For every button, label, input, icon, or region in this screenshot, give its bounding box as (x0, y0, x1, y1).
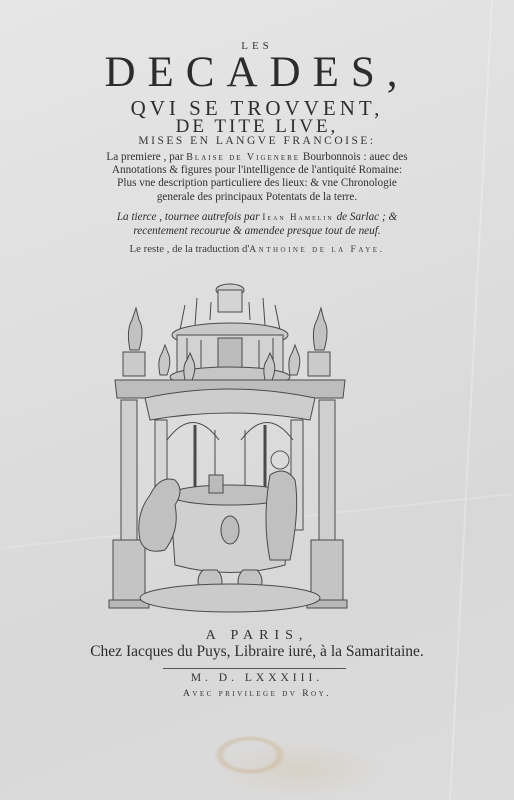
para-text: Bourbonnois : auec des (300, 151, 408, 163)
tierce-text: La tierce , tournee autrefois par (117, 211, 263, 223)
author-vigenere: Blaise de Vigenere (186, 152, 300, 163)
para-line-1: La premiere , par Blaise de Vigenere Bou… (0, 151, 514, 164)
tierce-line-2: recentement recourue & amendee presque t… (0, 224, 514, 238)
title-decades: DECADES, (0, 48, 514, 97)
para-line-3: Plus vne description particuliere des li… (0, 177, 514, 190)
imprint-printer: Chez Iacques du Puys, Libraire iuré, à l… (0, 643, 514, 661)
woodcut-engraving-icon (105, 280, 355, 625)
imprint-city: A PARIS, (0, 628, 514, 644)
tierce-paragraph: La tierce , tournee autrefois par Iean H… (0, 210, 514, 238)
divider-rule (163, 668, 346, 669)
royal-privilege: Avec privilege dv Roy. (0, 689, 514, 699)
imprint-year: M. D. LXXXIII. (0, 672, 514, 684)
author-hamelin: Iean Hamelin (262, 212, 333, 222)
para-text: La premiere , par (106, 151, 186, 163)
tierce-text: de Sarlac ; & (334, 211, 397, 223)
author-la-faye: Anthoine de la Faye. (249, 245, 384, 255)
title-page: LES DECADES, QVI SE TROVVENT, DE TITE LI… (0, 0, 514, 800)
subtitle-mises-en-langue: MISES EN LANGVE FRANCOISE: (0, 135, 514, 147)
reste-line: Le reste , de la traduction d'Anthoine d… (0, 243, 514, 255)
reste-text: Le reste , de la traduction d' (130, 243, 250, 255)
description-paragraph: La premiere , par Blaise de Vigenere Bou… (0, 151, 514, 204)
para-line-4: generale des principaux Potentats de la … (0, 191, 514, 204)
tierce-line-1: La tierce , tournee autrefois par Iean H… (0, 210, 514, 224)
para-line-2: Annotations & figures pour l'intelligenc… (0, 164, 514, 177)
